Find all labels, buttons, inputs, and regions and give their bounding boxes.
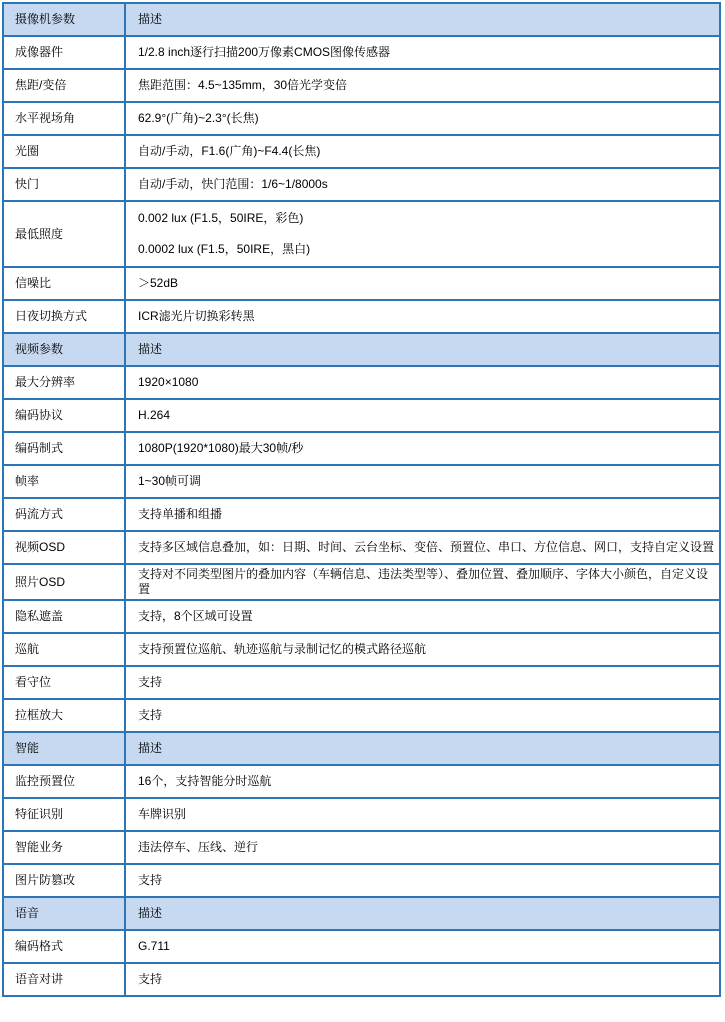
spec-row: 拉框放大支持 (3, 699, 720, 732)
spec-label-cell: 监控预置位 (3, 765, 125, 798)
spec-value-cell: 1920×1080 (125, 366, 720, 399)
spec-row: 帧率1~30帧可调 (3, 465, 720, 498)
spec-value-cell: 焦距范围：4.5~135mm，30倍光学变倍 (125, 69, 720, 102)
spec-row: 看守位支持 (3, 666, 720, 699)
spec-value-cell: 支持对不同类型图片的叠加内容（车辆信息、违法类型等）、叠加位置、叠加顺序、字体大… (125, 564, 720, 600)
spec-value-cell: 支持，8个区域可设置 (125, 600, 720, 633)
section-desc-cell: 描述 (125, 333, 720, 366)
spec-value-line: G.711 (138, 939, 717, 954)
spec-value-cell: 支持 (125, 666, 720, 699)
section-desc-cell: 描述 (125, 897, 720, 930)
spec-row: 巡航支持预置位巡航、轨迹巡航与录制记忆的模式路径巡航 (3, 633, 720, 666)
spec-label-cell: 巡航 (3, 633, 125, 666)
spec-row: 日夜切换方式ICR滤光片切换彩转黑 (3, 300, 720, 333)
section-title-cell: 视频参数 (3, 333, 125, 366)
spec-label-cell: 光圈 (3, 135, 125, 168)
spec-row: 水平视场角62.9°(广角)~2.3°(长焦) (3, 102, 720, 135)
spec-label-cell: 水平视场角 (3, 102, 125, 135)
spec-value-line: 支持单播和组播 (138, 507, 717, 522)
spec-label-cell: 智能业务 (3, 831, 125, 864)
spec-row: 智能业务违法停车、压线、逆行 (3, 831, 720, 864)
spec-value-cell: 62.9°(广角)~2.3°(长焦) (125, 102, 720, 135)
camera-spec-table: 摄像机参数描述成像器件1/2.8 inch逐行扫描200万像素CMOS图像传感器… (2, 2, 721, 997)
spec-value-line: 支持多区域信息叠加，如：日期、时间、云台坐标、变倍、预置位、串口、方位信息、网口… (138, 540, 717, 555)
spec-row: 隐私遮盖支持，8个区域可设置 (3, 600, 720, 633)
spec-label-cell: 照片OSD (3, 564, 125, 600)
spec-label-cell: 日夜切换方式 (3, 300, 125, 333)
spec-value-line: 0.0002 lux (F1.5，50IRE，黑白) (138, 242, 717, 257)
spec-value-cell: 1/2.8 inch逐行扫描200万像素CMOS图像传感器 (125, 36, 720, 69)
spec-row: 最大分辨率1920×1080 (3, 366, 720, 399)
spec-value-cell: 16个，支持智能分时巡航 (125, 765, 720, 798)
spec-label-cell: 快门 (3, 168, 125, 201)
spec-value-cell: 违法停车、压线、逆行 (125, 831, 720, 864)
spec-row: 图片防篡改支持 (3, 864, 720, 897)
spec-value-cell: 支持 (125, 963, 720, 996)
spec-value-cell: 支持预置位巡航、轨迹巡航与录制记忆的模式路径巡航 (125, 633, 720, 666)
spec-value-line: 支持 (138, 675, 717, 690)
spec-row: 最低照度0.002 lux (F1.5，50IRE，彩色)0.0002 lux … (3, 201, 720, 267)
spec-row: 光圈自动/手动，F1.6(广角)~F4.4(长焦) (3, 135, 720, 168)
spec-value-line: 自动/手动，F1.6(广角)~F4.4(长焦) (138, 144, 717, 159)
spec-row: 特征识别车牌识别 (3, 798, 720, 831)
spec-value-cell: 自动/手动，F1.6(广角)~F4.4(长焦) (125, 135, 720, 168)
section-title-cell: 摄像机参数 (3, 3, 125, 36)
spec-value-cell: 车牌识别 (125, 798, 720, 831)
spec-label-cell: 图片防篡改 (3, 864, 125, 897)
spec-value-line: 0.002 lux (F1.5，50IRE，彩色) (138, 211, 717, 226)
spec-value-line: 支持 (138, 873, 717, 888)
spec-label-cell: 最大分辨率 (3, 366, 125, 399)
spec-value-cell: 支持多区域信息叠加，如：日期、时间、云台坐标、变倍、预置位、串口、方位信息、网口… (125, 531, 720, 564)
spec-label-cell: 拉框放大 (3, 699, 125, 732)
section-header-row: 视频参数描述 (3, 333, 720, 366)
spec-table-body: 摄像机参数描述成像器件1/2.8 inch逐行扫描200万像素CMOS图像传感器… (3, 3, 720, 996)
spec-label-cell: 编码格式 (3, 930, 125, 963)
spec-value-line: 车牌识别 (138, 807, 717, 822)
spec-label-cell: 隐私遮盖 (3, 600, 125, 633)
spec-label-cell: 帧率 (3, 465, 125, 498)
spec-value-line: 1080P(1920*1080)最大30帧/秒 (138, 441, 717, 456)
spec-label-cell: 视频OSD (3, 531, 125, 564)
spec-label-cell: 信噪比 (3, 267, 125, 300)
section-desc-cell: 描述 (125, 732, 720, 765)
spec-value-line: 62.9°(广角)~2.3°(长焦) (138, 111, 717, 126)
spec-row: 视频OSD支持多区域信息叠加，如：日期、时间、云台坐标、变倍、预置位、串口、方位… (3, 531, 720, 564)
spec-value-line: 支持 (138, 972, 717, 987)
spec-value-line: 1~30帧可调 (138, 474, 717, 489)
spec-value-line: ICR滤光片切换彩转黑 (138, 309, 717, 324)
spec-label-cell: 焦距/变倍 (3, 69, 125, 102)
spec-row: 照片OSD支持对不同类型图片的叠加内容（车辆信息、违法类型等）、叠加位置、叠加顺… (3, 564, 720, 600)
section-desc-cell: 描述 (125, 3, 720, 36)
spec-value-cell: 支持 (125, 699, 720, 732)
spec-row: 编码格式G.711 (3, 930, 720, 963)
spec-label-cell: 编码制式 (3, 432, 125, 465)
spec-value-cell: ICR滤光片切换彩转黑 (125, 300, 720, 333)
spec-value-line: 支持对不同类型图片的叠加内容（车辆信息、违法类型等）、叠加位置、叠加顺序、字体大… (138, 567, 717, 597)
spec-value-cell: 1~30帧可调 (125, 465, 720, 498)
spec-row: 码流方式支持单播和组播 (3, 498, 720, 531)
spec-value-cell: 自动/手动，快门范围：1/6~1/8000s (125, 168, 720, 201)
spec-value-line: 支持 (138, 708, 717, 723)
spec-value-cell: 支持 (125, 864, 720, 897)
spec-value-cell: 支持单播和组播 (125, 498, 720, 531)
section-title-cell: 语音 (3, 897, 125, 930)
spec-label-cell: 编码协议 (3, 399, 125, 432)
spec-label-cell: 成像器件 (3, 36, 125, 69)
spec-row: 快门自动/手动，快门范围：1/6~1/8000s (3, 168, 720, 201)
spec-row: 编码协议H.264 (3, 399, 720, 432)
section-title-cell: 智能 (3, 732, 125, 765)
spec-row: 焦距/变倍焦距范围：4.5~135mm，30倍光学变倍 (3, 69, 720, 102)
spec-value-line: 支持，8个区域可设置 (138, 609, 717, 624)
spec-value-line: ＞52dB (138, 276, 717, 291)
section-header-row: 摄像机参数描述 (3, 3, 720, 36)
spec-row: 信噪比＞52dB (3, 267, 720, 300)
spec-row: 编码制式1080P(1920*1080)最大30帧/秒 (3, 432, 720, 465)
spec-label-cell: 最低照度 (3, 201, 125, 267)
spec-value-cell: 1080P(1920*1080)最大30帧/秒 (125, 432, 720, 465)
spec-value-line: 16个，支持智能分时巡航 (138, 774, 717, 789)
section-header-row: 语音描述 (3, 897, 720, 930)
spec-value-line: H.264 (138, 408, 717, 423)
spec-value-line: 自动/手动，快门范围：1/6~1/8000s (138, 177, 717, 192)
spec-label-cell: 语音对讲 (3, 963, 125, 996)
spec-row: 监控预置位16个，支持智能分时巡航 (3, 765, 720, 798)
spec-label-cell: 看守位 (3, 666, 125, 699)
spec-label-cell: 码流方式 (3, 498, 125, 531)
spec-value-line: 焦距范围：4.5~135mm，30倍光学变倍 (138, 78, 717, 93)
spec-label-cell: 特征识别 (3, 798, 125, 831)
spec-value-line: 支持预置位巡航、轨迹巡航与录制记忆的模式路径巡航 (138, 642, 717, 657)
spec-value-cell: G.711 (125, 930, 720, 963)
spec-value-line: 1/2.8 inch逐行扫描200万像素CMOS图像传感器 (138, 45, 717, 60)
spec-value-cell: ＞52dB (125, 267, 720, 300)
spec-row: 成像器件1/2.8 inch逐行扫描200万像素CMOS图像传感器 (3, 36, 720, 69)
spec-value-cell: 0.002 lux (F1.5，50IRE，彩色)0.0002 lux (F1.… (125, 201, 720, 267)
spec-row: 语音对讲支持 (3, 963, 720, 996)
section-header-row: 智能描述 (3, 732, 720, 765)
spec-value-line: 违法停车、压线、逆行 (138, 840, 717, 855)
spec-value-line: 1920×1080 (138, 375, 717, 390)
spec-value-cell: H.264 (125, 399, 720, 432)
